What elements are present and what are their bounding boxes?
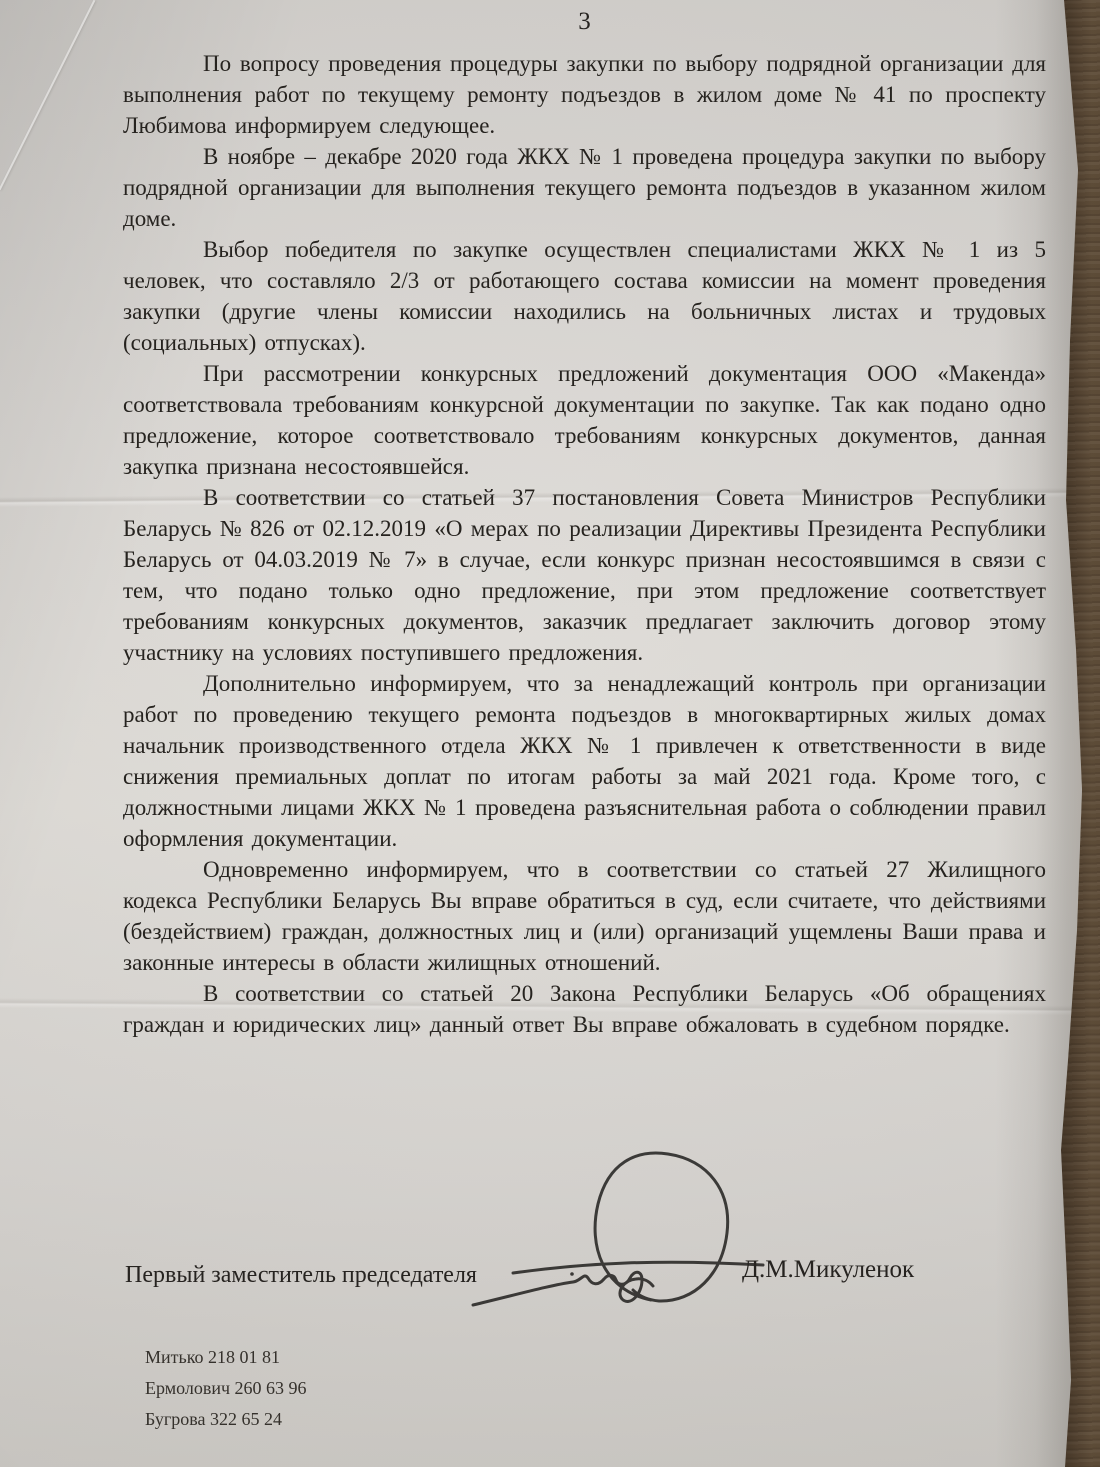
signatory-name: Д.М.Микуленок bbox=[742, 1256, 914, 1284]
signatory-position-label: Первый заместитель председателя bbox=[125, 1262, 477, 1289]
paragraph-procedure-conducted: В ноябре – декабре 2020 года ЖКХ № 1 про… bbox=[123, 141, 1046, 234]
contact-list: Митько 218 01 81 Ермолович 260 63 96 Буг… bbox=[145, 1342, 307, 1435]
contact-line: Бугрова 322 65 24 bbox=[145, 1404, 307, 1435]
contact-line: Митько 218 01 81 bbox=[145, 1342, 307, 1373]
letter-body: По вопросу проведения процедуры закупки … bbox=[123, 48, 1046, 1040]
paragraph-disciplinary-measures: Дополнительно информируем, что за ненадл… bbox=[123, 668, 1046, 854]
paper-crease-top-left bbox=[0, 0, 95, 190]
contact-line: Ермолович 260 63 96 bbox=[145, 1373, 307, 1404]
paragraph-procurement-question: По вопросу проведения процедуры закупки … bbox=[123, 48, 1046, 141]
page-number: 3 bbox=[578, 8, 592, 36]
paragraph-article-27-court: Одновременно информируем, что в соответс… bbox=[123, 854, 1046, 978]
photo-scene: 3 По вопросу проведения процедуры закупк… bbox=[0, 0, 1100, 1467]
paragraph-makenda-documentation: При рассмотрении конкурсных предложений … bbox=[123, 358, 1046, 482]
paragraph-article-37: В соответствии со статьей 37 постановлен… bbox=[123, 482, 1046, 668]
paragraph-article-20-appeal: В соответствии со статьей 20 Закона Респ… bbox=[123, 978, 1046, 1040]
signature-scribble bbox=[455, 1128, 955, 1328]
paragraph-winner-selection: Выбор победителя по закупке осуществлен … bbox=[123, 234, 1046, 358]
document-page: 3 По вопросу проведения процедуры закупк… bbox=[0, 0, 1100, 1467]
